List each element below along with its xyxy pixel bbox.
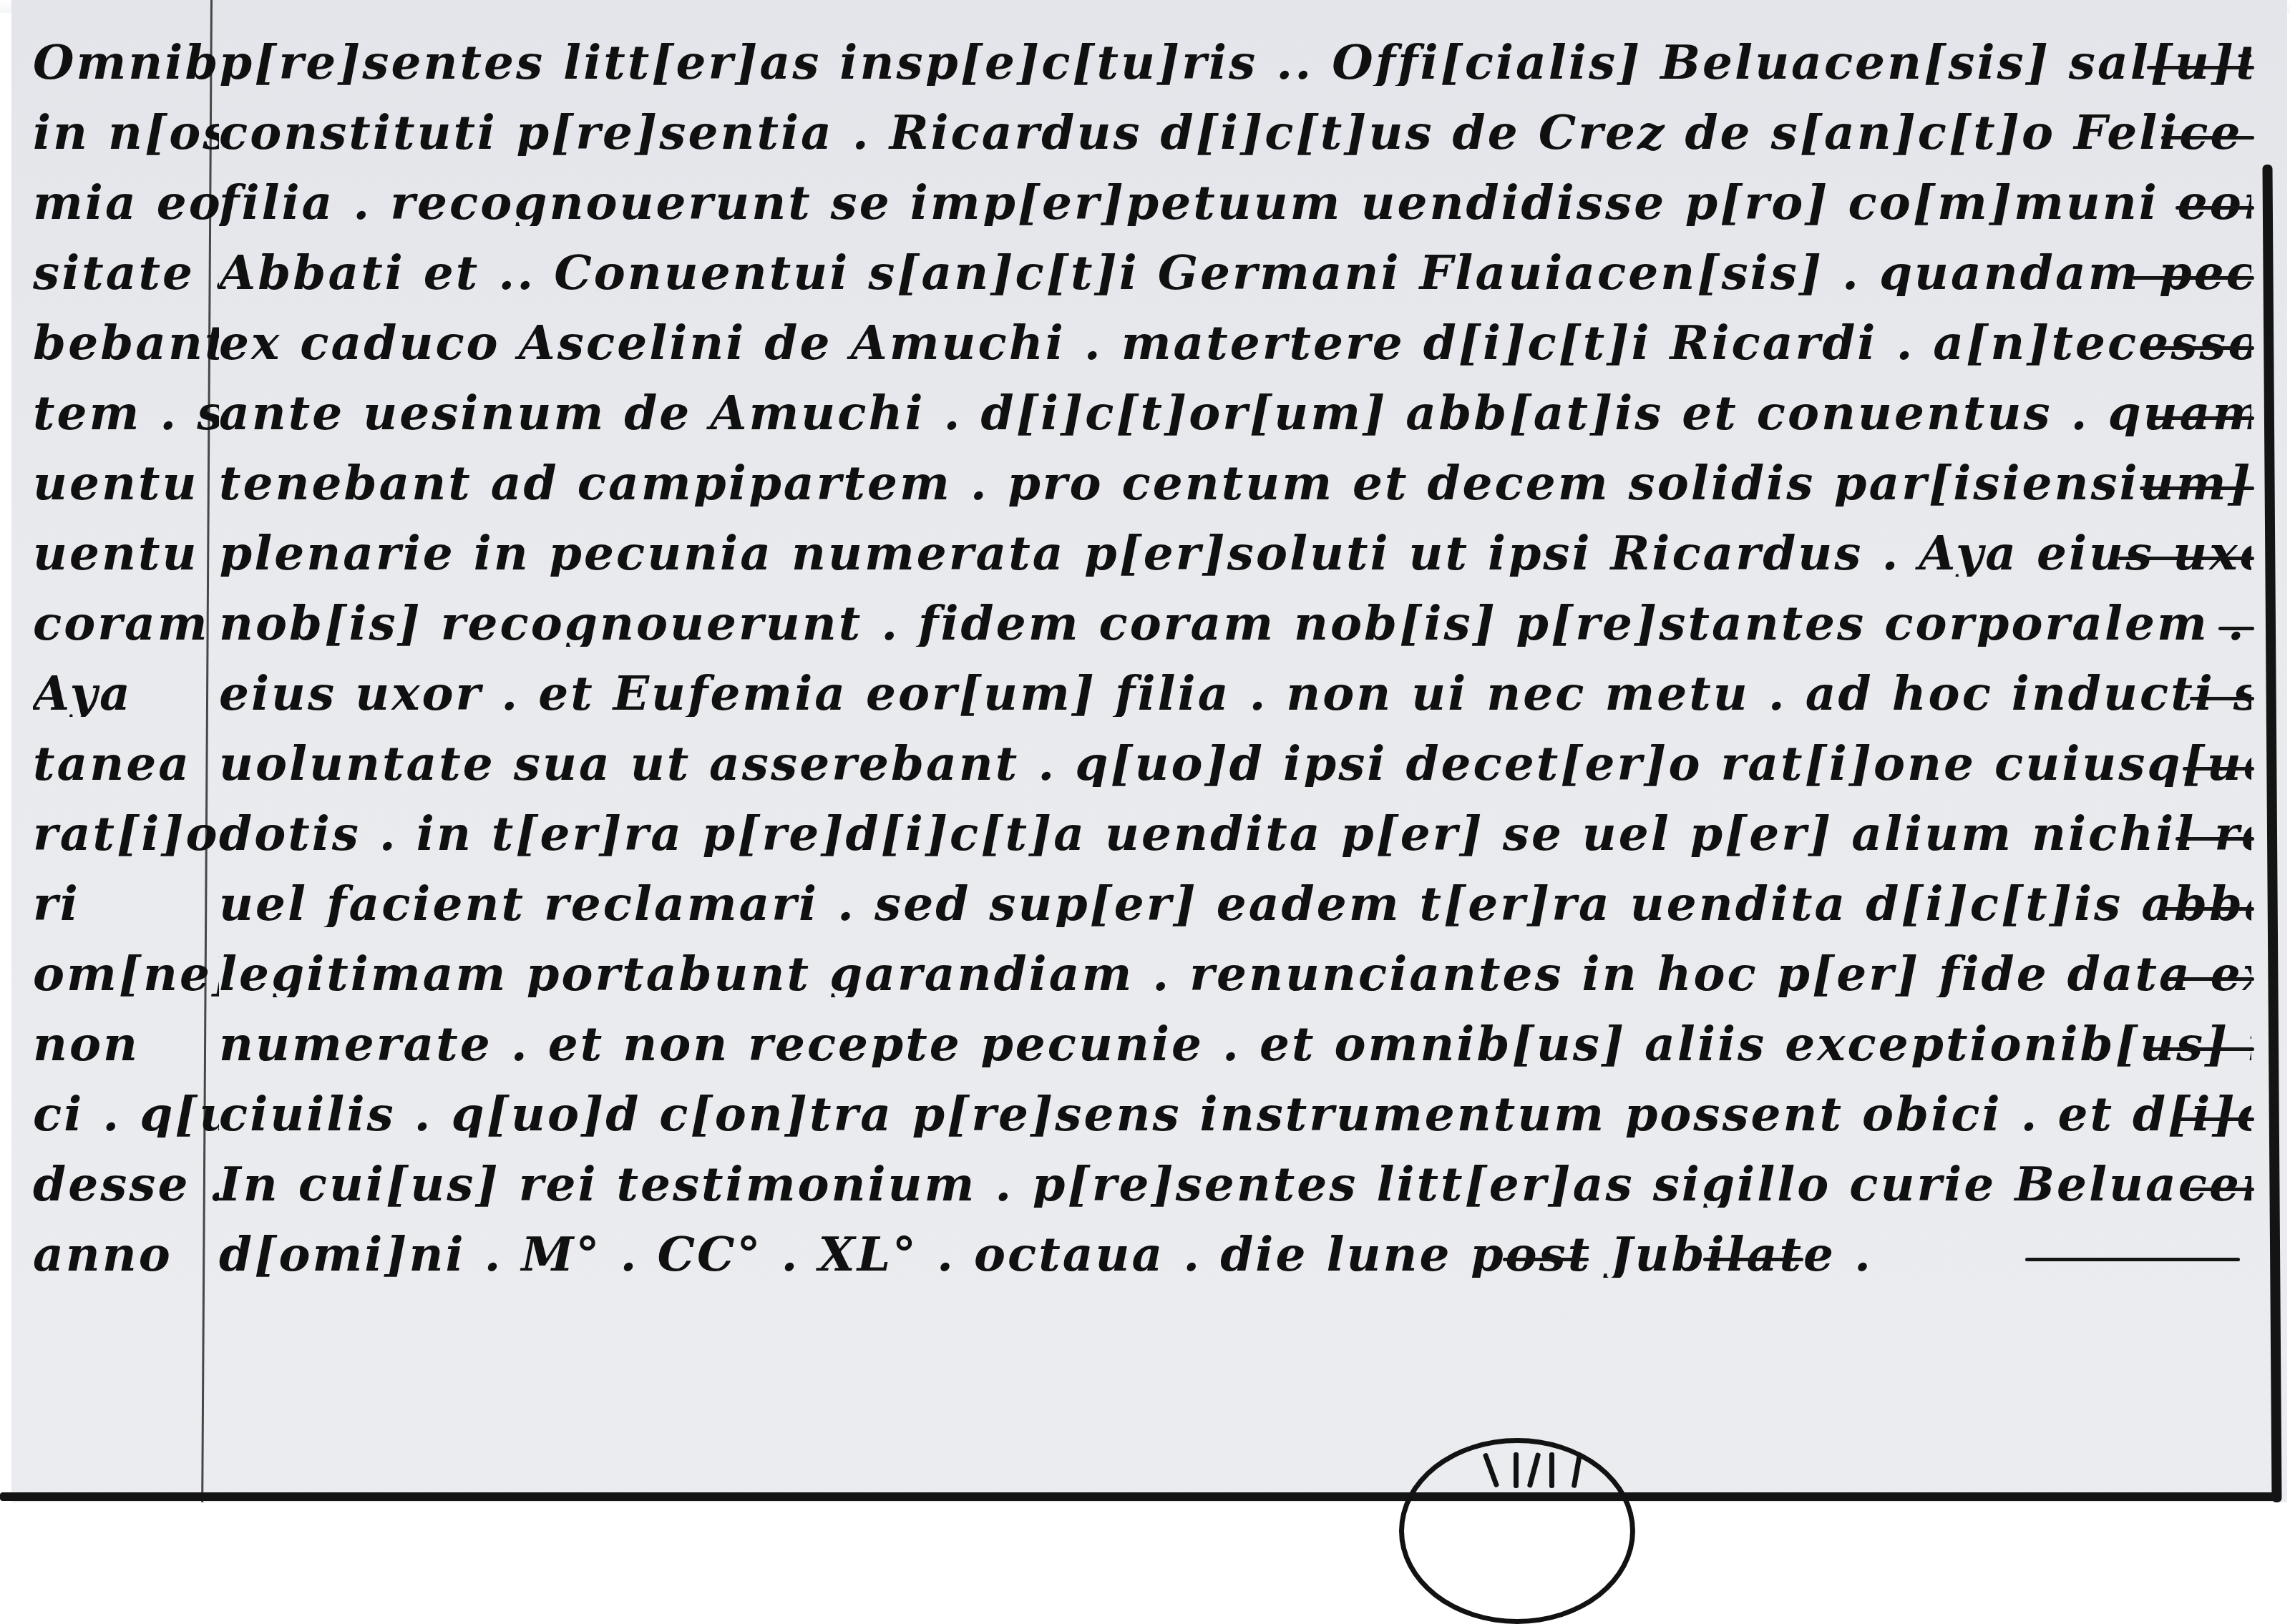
line-body: In cui[us] rei testimonium . p[re]sentes…	[219, 1160, 2251, 1208]
line-lead: non	[33, 1020, 219, 1067]
line-filler-stroke	[2133, 276, 2254, 280]
line-lead: tem . sitam	[33, 389, 219, 436]
line-filler-stroke	[2161, 907, 2254, 911]
line-filler-stroke	[2147, 1047, 2254, 1051]
parchment-sheet: Omnib[us] p[re]sentes litt[er]as insp[e]…	[11, 0, 2287, 1502]
line-lead: sitate .	[33, 249, 219, 296]
line-filler-stroke	[2218, 627, 2254, 630]
line-body: p[re]sentes litt[er]as insp[e]c[tu]ris .…	[219, 39, 2251, 86]
line-body: d[omi]ni . M° . CC° . XL° . octaua . die…	[219, 1231, 2251, 1278]
line-lead: tanea	[33, 740, 219, 787]
text-line: bebant ex caduco Ascelini de Amuchi . ma…	[33, 309, 2251, 379]
line-filler-stroke	[2025, 1258, 2240, 1261]
line-lead: in n[ost]ra	[33, 109, 219, 156]
text-line: uentu plenarie in pecunia numerata p[er]…	[33, 519, 2251, 590]
text-line: coram nob[is] recognouerunt . fidem cora…	[33, 590, 2251, 660]
line-filler-stroke	[2118, 557, 2254, 560]
line-lead: mia eor[um]	[33, 179, 219, 226]
text-line: rat[i]one dotis . in t[er]ra p[re]d[i]c[…	[33, 800, 2251, 870]
seal-glyph	[1514, 1452, 1519, 1488]
line-body: dotis . in t[er]ra p[re]d[i]c[t]a uendit…	[219, 810, 2251, 857]
line-body: plenarie in pecunia numerata p[er]soluti…	[219, 529, 2251, 577]
line-body: filia . recognouerunt se imp[er]petuum u…	[219, 179, 2251, 226]
text-line: tem . sitam ante uesinum de Amuchi . d[i…	[33, 379, 2251, 449]
line-body: ciuilis . q[uo]d c[on]tra p[re]sens inst…	[219, 1090, 2251, 1138]
line-lead: ci . q[ua]m	[33, 1090, 219, 1138]
line-filler-stroke	[2190, 1188, 2254, 1191]
text-line: non numerate . et non recepte pecunie . …	[33, 1010, 2251, 1080]
line-lead: anno	[33, 1231, 219, 1278]
line-filler-stroke	[2190, 697, 2254, 700]
text-line: in n[ost]ra constituti p[re]sentia . Ric…	[33, 99, 2251, 169]
line-body: ante uesinum de Amuchi . d[i]c[t]or[um] …	[219, 389, 2251, 436]
charter-text: Omnib[us] p[re]sentes litt[er]as insp[e]…	[33, 29, 2251, 1291]
line-body: uoluntate sua ut asserebant . q[uo]d ips…	[219, 740, 2251, 787]
text-line: sitate . Abbati et .. Conuentui s[an]c[t…	[33, 239, 2251, 309]
page-bottom-border	[0, 1492, 2276, 1501]
text-line-dating-clause: anno d[omi]ni . M° . CC° . XL° . octaua …	[33, 1221, 2251, 1291]
line-filler-stroke	[1503, 1258, 1589, 1261]
line-lead: uentu	[33, 459, 219, 507]
line-lead: uentu	[33, 529, 219, 577]
line-filler-stroke	[2161, 136, 2254, 140]
text-line: desse . In cui[us] rei testimonium . p[r…	[33, 1150, 2251, 1221]
line-lead: bebant	[33, 319, 219, 366]
text-line: tanea uoluntate sua ut asserebant . q[uo…	[33, 730, 2251, 800]
text-line: uentu tenebant ad campipartem . pro cent…	[33, 449, 2251, 519]
line-body: eius uxor . et Eufemia eor[um] filia . n…	[219, 670, 2251, 717]
line-filler-stroke	[2183, 767, 2254, 771]
line-body: nob[is] recognouerunt . fidem coram nob[…	[219, 600, 2251, 647]
line-filler-stroke	[2175, 1117, 2254, 1121]
line-lead: desse .	[33, 1160, 219, 1208]
line-lead: ri	[33, 880, 219, 927]
text-line: ri uel facient reclamari . sed sup[er] e…	[33, 870, 2251, 940]
text-line: Omnib[us] p[re]sentes litt[er]as insp[e]…	[33, 29, 2251, 99]
line-filler-stroke	[1703, 1258, 1803, 1261]
line-lead: Aya	[33, 670, 219, 717]
line-body: numerate . et non recepte pecunie . et o…	[219, 1020, 2251, 1067]
line-filler-stroke	[2147, 346, 2254, 350]
line-lead: rat[i]one	[33, 810, 219, 857]
line-filler-stroke	[2161, 977, 2254, 981]
text-line: mia eor[um] filia . recognouerunt se imp…	[33, 169, 2251, 239]
text-line: om[ne]s legitimam portabunt garandiam . …	[33, 940, 2251, 1010]
line-body: ex caduco Ascelini de Amuchi . matertere…	[219, 319, 2251, 366]
line-lead: om[ne]s	[33, 950, 219, 997]
line-body: Abbati et .. Conuentui s[an]c[t]i German…	[219, 249, 2251, 296]
line-body: legitimam portabunt garandiam . renuncia…	[219, 950, 2251, 997]
line-lead: coram	[33, 600, 219, 647]
line-lead: Omnib[us]	[33, 39, 219, 86]
line-filler-stroke	[2175, 837, 2254, 841]
seal-glyph	[1549, 1452, 1554, 1488]
line-body: constituti p[re]sentia . Ricardus d[i]c[…	[219, 109, 2251, 156]
line-filler-stroke	[2154, 416, 2254, 420]
line-filler-stroke	[2140, 486, 2254, 490]
text-line: Aya eius uxor . et Eufemia eor[um] filia…	[33, 660, 2251, 730]
line-body: uel facient reclamari . sed sup[er] eade…	[219, 880, 2251, 927]
line-body: tenebant ad campipartem . pro centum et …	[219, 459, 2251, 507]
line-filler-stroke	[2175, 206, 2254, 210]
line-filler-stroke	[2147, 66, 2254, 69]
text-line: ci . q[ua]m ciuilis . q[uo]d c[on]tra p[…	[33, 1080, 2251, 1150]
